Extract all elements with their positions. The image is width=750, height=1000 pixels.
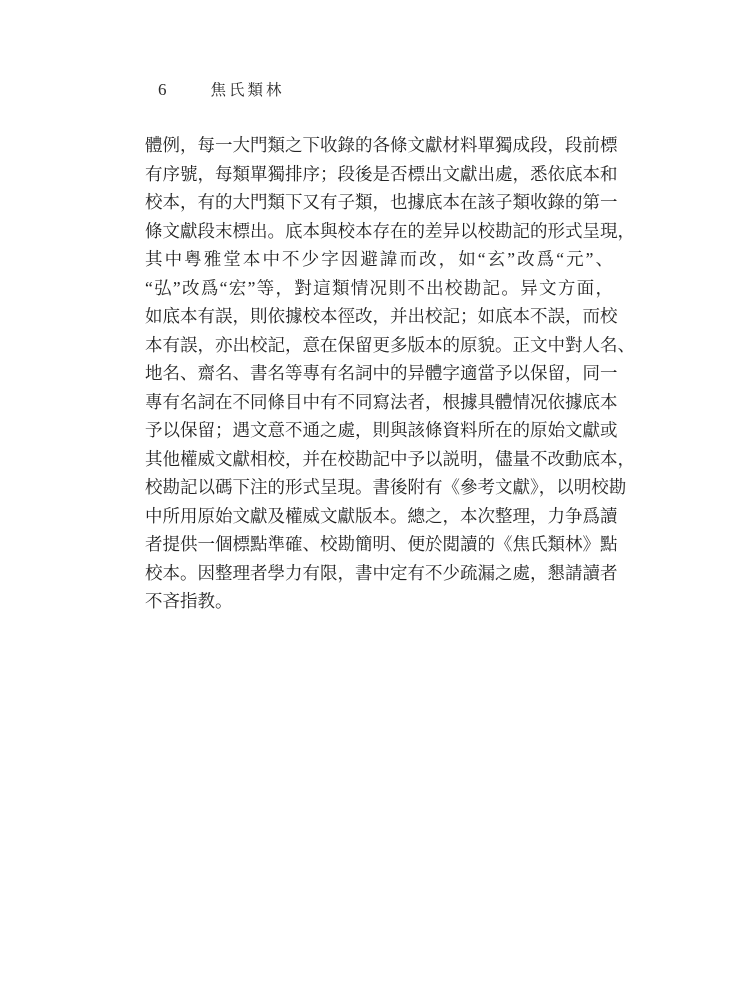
text-line: 條文獻段末標出。底本與校本存在的差异以校勘記的形式呈現，: [145, 217, 613, 246]
text-line: 地名、齋名、書名等專有名詞中的异體字適當予以保留，同一: [145, 359, 613, 388]
text-line: 校本，有的大門類下又有子類，也據底本在該子類收錄的第一: [145, 188, 613, 217]
text-line: “弘”改爲“宏”等，對這類情况則不出校勘記。异文方面，: [145, 274, 613, 303]
running-header: 6 焦氏類林: [158, 78, 618, 100]
text-line: 本有誤，亦出校記，意在保留更多版本的原貌。正文中對人名、: [145, 331, 613, 360]
page-number: 6: [158, 80, 167, 100]
text-line: 不吝指教。: [145, 587, 613, 616]
text-line: 專有名詞在不同條目中有不同寫法者，根據具體情况依據底本: [145, 388, 613, 417]
text-line: 中所用原始文獻及權威文獻版本。總之，本次整理，力争爲讀: [145, 502, 613, 531]
text-line: 有序號，每類單獨排序；段後是否標出文獻出處，悉依底本和: [145, 160, 613, 189]
text-line: 予以保留；遇文意不通之處，則與該條資料所在的原始文獻或: [145, 416, 613, 445]
book-page: 6 焦氏類林 體例，每一大門類之下收錄的各條文獻材料單獨成段，段前標 有序號，每…: [0, 0, 750, 1000]
text-line: 其他權威文獻相校，并在校勘記中予以説明，儘量不改動底本，: [145, 445, 613, 474]
text-line: 如底本有誤，則依據校本徑改，并出校記；如底本不誤，而校: [145, 302, 613, 331]
text-line: 校本。因整理者學力有限，書中定有不少疏漏之處，懇請讀者: [145, 559, 613, 588]
body-text: 體例，每一大門類之下收錄的各條文獻材料單獨成段，段前標 有序號，每類單獨排序；段…: [145, 131, 613, 616]
running-header-title: 焦氏類林: [211, 78, 285, 100]
text-line: 體例，每一大門類之下收錄的各條文獻材料單獨成段，段前標: [145, 131, 613, 160]
text-line: 校勘記以碼下注的形式呈現。書後附有《參考文獻》，以明校勘: [145, 473, 613, 502]
text-line: 者提供一個標點準確、校勘簡明、便於閲讀的《焦氏類林》點: [145, 530, 613, 559]
text-line: 其中粤雅堂本中不少字因避諱而改，如“玄”改爲“元”、: [145, 245, 613, 274]
